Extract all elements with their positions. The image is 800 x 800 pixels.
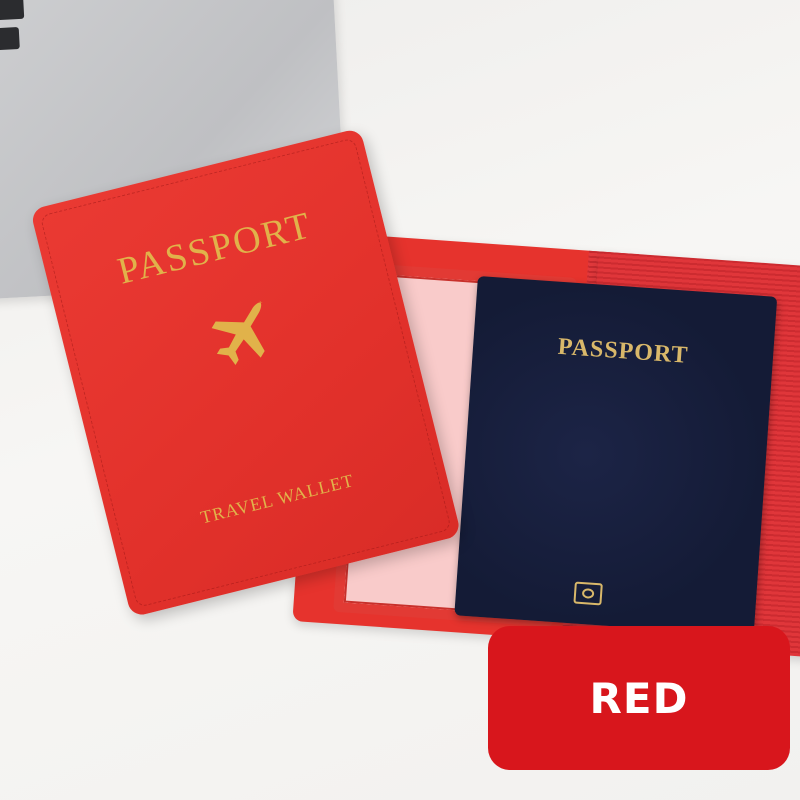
wallet-cover: PASSPORT TRAVEL WALLET [30,128,462,618]
biometric-chip-icon [573,582,602,606]
airplane-icon [200,295,285,380]
color-label: RED [590,674,689,723]
inserted-passport: PASSPORT [454,276,777,636]
inserted-passport-title: PASSPORT [472,328,773,376]
cover-subtitle: TRAVEL WALLET [110,448,445,551]
laptop-key [0,0,24,21]
laptop-key [0,27,20,51]
cover-title: PASSPORT [45,186,386,311]
color-badge: RED [488,626,790,770]
product-photo: PASSPORT PASSPORT TRAVEL WALLET RED [0,0,800,800]
